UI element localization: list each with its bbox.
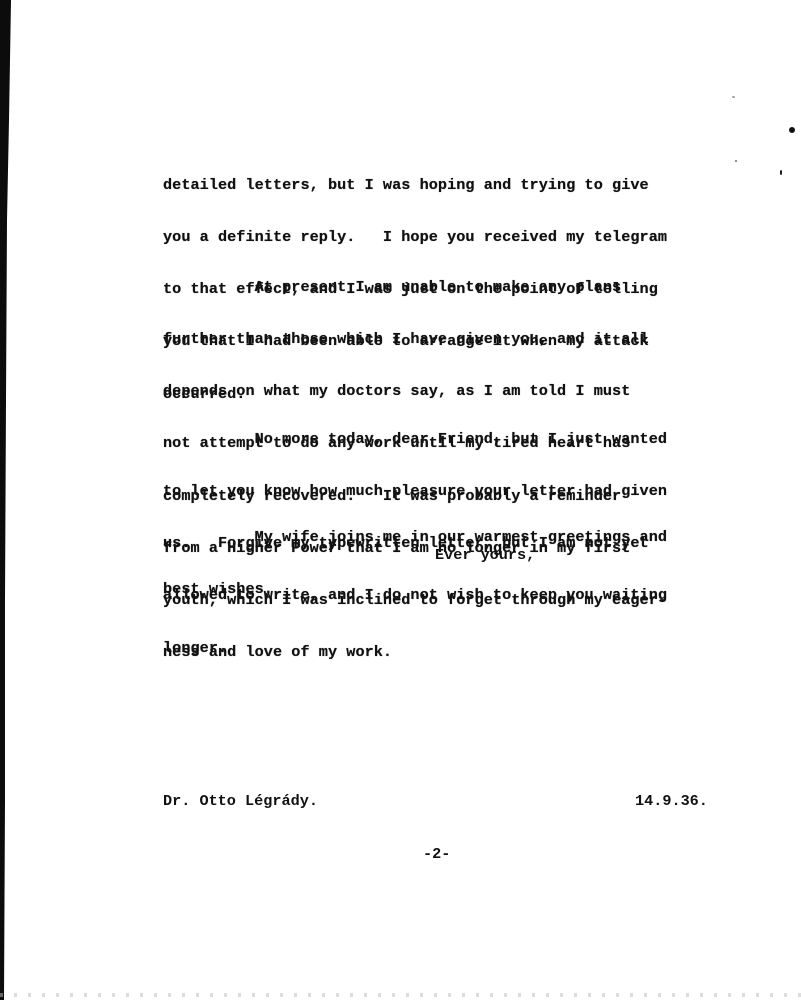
scan-edge-shadow	[0, 0, 12, 1000]
scan-speck	[735, 160, 737, 162]
letter-page: detailed letters, but I was hoping and t…	[0, 0, 801, 1000]
recipient-name: Dr. Otto Légrády.	[163, 792, 318, 810]
text-line: detailed letters, but I was hoping and t…	[163, 177, 743, 194]
text-line: No more today, dear Friend, but I just w…	[163, 431, 743, 448]
scan-speck	[732, 96, 735, 98]
text-line: At present I am unable to make any plans	[163, 279, 743, 296]
scan-speck	[780, 170, 782, 175]
letter-date: 14.9.36.	[635, 792, 708, 810]
closing-salutation: Ever yours,	[435, 546, 535, 564]
text-line: My wife joins me in our warmest greeting…	[163, 529, 743, 546]
text-line: further than those which I have given yo…	[163, 331, 743, 348]
page-number: -2-	[423, 845, 450, 863]
scan-bottom-noise	[0, 993, 801, 997]
text-line: best wishes.	[163, 581, 743, 598]
text-line: longer.	[163, 640, 743, 657]
scan-speck	[789, 127, 795, 133]
